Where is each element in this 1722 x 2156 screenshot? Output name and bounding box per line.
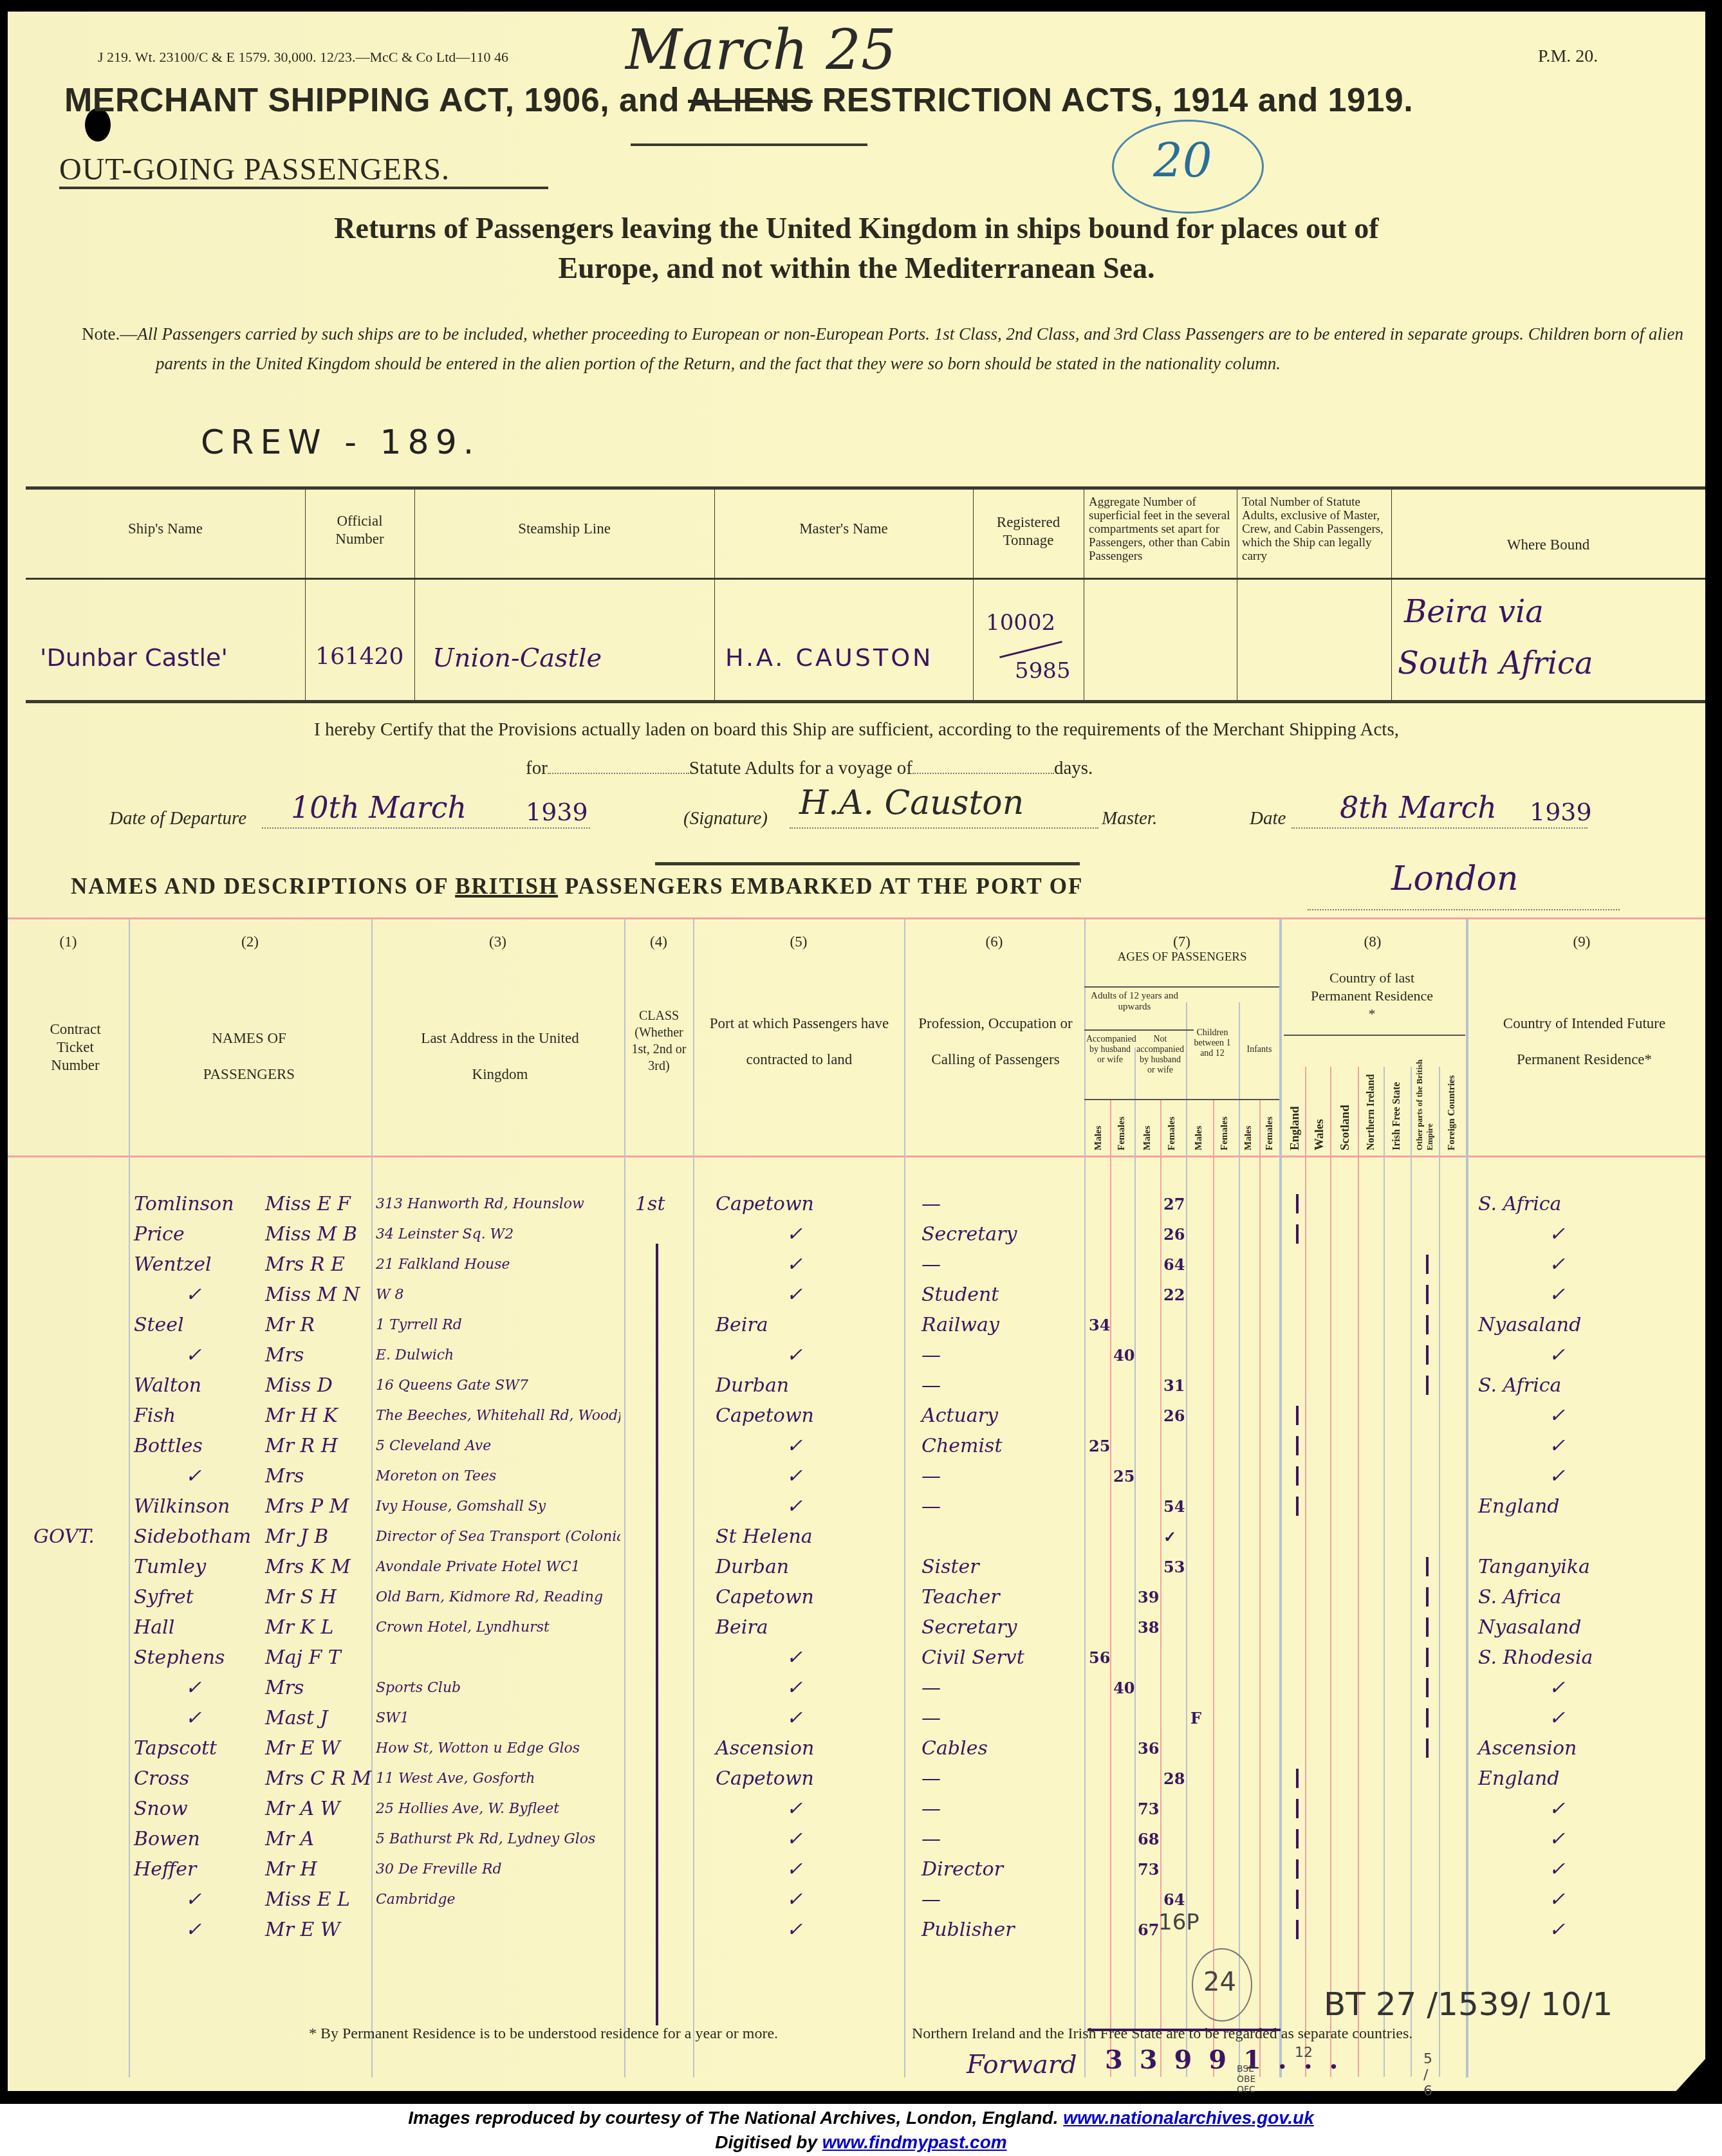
table-row: FishMr H KThe Beeches, Whitehall Rd, Woo… (8, 1401, 1705, 1431)
port-value: London (1391, 860, 1518, 898)
departure-dotted-line (262, 827, 590, 829)
header-master-name: Master's Name (714, 520, 973, 538)
table-row: TapscottMr E WHow St, Wotton u Edge Glos… (8, 1733, 1705, 1764)
address-cell: 25 Hollies Ave, W. Byfleet (376, 1794, 559, 1824)
age-cell: 64 (1163, 1249, 1185, 1280)
occupation-cell: — (921, 1491, 941, 1522)
act-title: MERCHANT SHIPPING ACT, 1906, and ALIENS … (64, 81, 1413, 120)
ship-name-value: 'Dunbar Castle' (40, 643, 228, 672)
table-row: WaltonMiss D16 Queens Gate SW7Durban—S. … (8, 1370, 1705, 1401)
port-cell: Capetown (716, 1582, 814, 1612)
age-cell: 25 (1113, 1461, 1134, 1491)
findmypast-link[interactable]: www.findmypast.com (822, 2132, 1007, 2152)
col2-number: (2) (129, 933, 371, 951)
occupation-cell: — (921, 1884, 941, 1915)
national-archives-link[interactable]: www.nationalarchives.gov.uk (1063, 2108, 1314, 2128)
occupation-cell: — (921, 1824, 941, 1854)
occupation-cell: Railway (921, 1310, 999, 1340)
col4-header: CLASS (Whether 1st, 2nd or 3rd) (625, 1008, 692, 1074)
col1-header: Contract Ticket Number (40, 1020, 111, 1074)
surname-cell: ✓ (185, 1884, 201, 1915)
title-initials-cell: Mrs (265, 1340, 304, 1370)
print-code: J 219. Wt. 23100/C & E 1579. 30,000. 12/… (98, 49, 508, 66)
occupation-cell: — (921, 1461, 941, 1491)
section-separator (655, 862, 1080, 865)
address-cell: Ivy House, Gomshall Sy (376, 1491, 546, 1522)
age-cell: F (1190, 1703, 1201, 1733)
col7-infants-header: Infants (1239, 1041, 1279, 1059)
signature-label: (Signature) (683, 808, 768, 829)
port-cell: ✓ (786, 1219, 802, 1249)
title-initials-cell: Miss E F (265, 1189, 351, 1219)
section-title-before: NAMES AND DESCRIPTIONS OF (71, 874, 455, 899)
age-cell: 26 (1163, 1401, 1185, 1431)
col7-number: (7) (1084, 933, 1279, 951)
statute-adults-label: Statute Adults for a voyage of (689, 758, 912, 779)
header-official-number: Official Number (311, 512, 408, 548)
country-tally-mark (1426, 1617, 1429, 1637)
address-cell: The Beeches, Whitehall Rd, Woodford Well… (376, 1401, 620, 1431)
col3-number: (3) (371, 933, 624, 951)
certificate-date-value: 8th March (1340, 790, 1497, 825)
grid-top-red (8, 917, 1705, 919)
surname-cell: Tomlinson (134, 1189, 234, 1219)
address-cell: Moreton on Tees (376, 1461, 496, 1491)
occupation-cell: Chemist (921, 1431, 1003, 1461)
age-sub-header: Males (1243, 1105, 1254, 1150)
address-cell: 21 Falkland House (376, 1249, 510, 1280)
col6-number: (6) (904, 933, 1084, 951)
surname-cell: Hall (134, 1612, 174, 1643)
surname-cell: Tumley (134, 1552, 206, 1582)
future-residence-cell: ✓ (1549, 1884, 1565, 1915)
table-row: ✓MrsE. Dulwich✓—✓40 (8, 1340, 1705, 1370)
col7-accompanied-header: Accompanied by husband or wife (1086, 1035, 1134, 1065)
country-tally-mark (1296, 1224, 1299, 1244)
age-cell: 28 (1163, 1764, 1185, 1794)
archive-reference: BT 27 /1539/ 10/1 (1324, 1986, 1613, 2023)
header-statute-adults: Total Number of Statute Adults, exclusiv… (1242, 495, 1387, 563)
country-tally-mark (1296, 1769, 1299, 1788)
country-tally-mark (1296, 1406, 1299, 1425)
country-sub-header: Wales (1313, 1041, 1327, 1150)
title-initials-cell: Mr R H (265, 1431, 338, 1461)
country-tally-mark (1296, 1799, 1299, 1818)
age-sub-header: Females (1219, 1105, 1230, 1150)
voyage-days-field[interactable] (912, 773, 1054, 774)
class-ditto-line (656, 1244, 658, 2025)
header-registered-tonnage: Registered Tonnage (979, 513, 1077, 549)
ages-header-rule (1084, 986, 1279, 988)
title-initials-cell: Mrs (265, 1673, 304, 1703)
future-residence-cell: ✓ (1549, 1249, 1565, 1280)
surname-cell: Stephens (134, 1643, 225, 1673)
future-residence-cell: S. Africa (1478, 1582, 1561, 1612)
future-residence-cell: Nyasaland (1478, 1612, 1581, 1643)
table-row: ✓Mr E W✓Publisher✓67 (8, 1915, 1705, 1945)
surname-cell: Sidebotham (134, 1522, 251, 1552)
where-bound-line2: South Africa (1398, 645, 1593, 681)
crew-note: CREW - 189. (201, 423, 480, 462)
title-initials-cell: Mrs P M (265, 1491, 349, 1522)
age-cell: 26 (1163, 1219, 1185, 1249)
address-cell: 11 West Ave, Gosforth (376, 1764, 535, 1794)
future-residence-cell: England (1478, 1764, 1559, 1794)
credits-footer: Images reproduced by courtesy of The Nat… (0, 2104, 1722, 2156)
surname-cell: Tapscott (134, 1733, 217, 1764)
country-tally-mark (1426, 1557, 1429, 1576)
returns-heading-line1: Returns of Passengers leaving the United… (8, 211, 1705, 245)
port-dotted-line (1308, 909, 1620, 910)
surname-cell: Wentzel (134, 1249, 212, 1280)
country-tally-mark (1426, 1315, 1429, 1334)
age-sub-header: Males (1142, 1105, 1153, 1150)
age-cell: 27 (1163, 1189, 1185, 1219)
col7-adults-header: Adults of 12 years and upwards (1086, 991, 1183, 1013)
port-cell: ✓ (786, 1824, 802, 1854)
table-row: ✓Miss E LCambridge✓—✓64 (8, 1884, 1705, 1915)
address-cell: 30 De Freville Rd (376, 1854, 502, 1884)
col7-children-header: Children between 1 and 12 (1187, 1028, 1237, 1059)
future-residence-cell: ✓ (1549, 1401, 1565, 1431)
tonnage-divider (999, 641, 1062, 658)
occupation-cell: Cables (921, 1733, 988, 1764)
act-title-part2: RESTRICTION ACTS, 1914 and 1919. (813, 82, 1414, 119)
subtitle-underline (59, 187, 548, 189)
title-initials-cell: Mrs (265, 1461, 304, 1491)
where-bound-line1: Beira via (1404, 594, 1544, 630)
surname-cell: Cross (134, 1764, 189, 1794)
country-sub-header: Northern Ireland (1366, 1041, 1377, 1150)
ship-col-divider (1237, 490, 1237, 700)
country-tally-mark (1426, 1738, 1429, 1758)
certificate-line2: forStatute Adults for a voyage ofdays. (526, 758, 1093, 779)
occupation-cell: Director (921, 1854, 1003, 1884)
future-residence-cell: ✓ (1549, 1703, 1565, 1733)
table-row: CrossMrs C R M11 West Ave, GosforthCapet… (8, 1764, 1705, 1794)
age-cell: 40 (1113, 1340, 1134, 1370)
age-cell: 39 (1138, 1582, 1159, 1612)
ship-table-bottom-rule (26, 700, 1705, 703)
title-initials-cell: Mast J (265, 1703, 328, 1733)
age-cell: 25 (1089, 1431, 1110, 1461)
future-residence-cell: ✓ (1549, 1461, 1565, 1491)
pencil-12: 12 (1295, 2045, 1313, 2061)
title-initials-cell: Mr K L (265, 1612, 333, 1643)
occupation-cell: Civil Servt (921, 1643, 1024, 1673)
address-cell: How St, Wotton u Edge Glos (376, 1733, 580, 1764)
occupation-cell: Sister (921, 1552, 979, 1582)
table-row: ✓MrsSports Club✓—✓40 (8, 1673, 1705, 1703)
col8-number: (8) (1279, 933, 1466, 951)
surname-cell: Walton (134, 1370, 201, 1401)
header-where-bound: Where Bound (1391, 536, 1705, 554)
table-row: BottlesMr R H5 Cleveland Ave✓Chemist✓25 (8, 1431, 1705, 1461)
country-sub-header: England (1288, 1041, 1302, 1150)
title-initials-cell: Mr A W (265, 1794, 340, 1824)
table-row: PriceMiss M B34 Leinster Sq. W2✓Secretar… (8, 1219, 1705, 1249)
departure-label: Date of Departure (109, 808, 246, 829)
credit-text: Images reproduced by courtesy of The Nat… (408, 2108, 1058, 2128)
title-initials-cell: Mr E W (265, 1733, 340, 1764)
country-tally-mark (1426, 1648, 1429, 1667)
country-tally-mark (1426, 1285, 1429, 1304)
country-tally-mark (1426, 1376, 1429, 1395)
for-label: for (526, 758, 548, 779)
port-cell: Capetown (716, 1189, 814, 1219)
ship-col-divider (1084, 490, 1084, 700)
address-cell: 5 Bathurst Pk Rd, Lydney Glos (376, 1824, 595, 1854)
future-residence-cell: S. Rhodesia (1478, 1643, 1593, 1673)
port-cell: ✓ (786, 1280, 802, 1310)
port-cell: ✓ (786, 1643, 802, 1673)
age-cell: 73 (1138, 1794, 1159, 1824)
port-cell: ✓ (786, 1461, 802, 1491)
note-paragraph: Note.—All Passengers carried by such shi… (82, 319, 1722, 378)
col5-number: (5) (693, 933, 904, 951)
table-row: TomlinsonMiss E F313 Hanworth Rd, Hounsl… (8, 1189, 1705, 1219)
future-residence-cell: Ascension (1478, 1733, 1577, 1764)
surname-cell: ✓ (185, 1703, 201, 1733)
table-row: TumleyMrs K MAvondale Private Hotel WC1D… (8, 1552, 1705, 1582)
port-cell: Beira (716, 1310, 768, 1340)
future-residence-cell: ✓ (1549, 1824, 1565, 1854)
surname-cell: ✓ (185, 1340, 201, 1370)
class-cell: 1st (635, 1189, 665, 1219)
table-row: SteelMr R1 Tyrrell RdBeiraRailwayNyasala… (8, 1310, 1705, 1340)
surname-cell: Fish (134, 1401, 176, 1431)
port-cell: ✓ (786, 1249, 802, 1280)
port-cell: Capetown (716, 1764, 814, 1794)
port-cell: Durban (716, 1552, 789, 1582)
title-initials-cell: Mr S H (265, 1582, 337, 1612)
header-ship-name: Ship's Name (26, 520, 305, 538)
title-initials-cell: Mr H K (265, 1401, 338, 1431)
age-cell: ✓ (1163, 1522, 1176, 1552)
surname-cell: Bowen (134, 1824, 200, 1854)
future-residence-cell: ✓ (1549, 1280, 1565, 1310)
col7-header: AGES OF PASSENGERS (1095, 951, 1269, 964)
port-cell: ✓ (786, 1491, 802, 1522)
folded-corner (1674, 2058, 1707, 2093)
age-sub-header: Females (1264, 1105, 1275, 1150)
occupation-cell: Student (921, 1280, 999, 1310)
footnote-ireland: Northern Ireland and the Irish Free Stat… (912, 2025, 1412, 2043)
address-cell: E. Dulwich (376, 1340, 454, 1370)
table-row: ✓MrsMoreton on Tees✓—✓25 (8, 1461, 1705, 1491)
future-residence-cell: S. Africa (1478, 1189, 1561, 1219)
age-cell: 34 (1089, 1310, 1110, 1340)
address-cell: Old Barn, Kidmore Rd, Reading (376, 1582, 603, 1612)
ages-sub-rule (1084, 1099, 1279, 1100)
future-residence-cell: S. Africa (1478, 1370, 1561, 1401)
col8-header: Country of last Permanent Residence * (1308, 969, 1436, 1023)
section-title: NAMES AND DESCRIPTIONS OF BRITISH PASSEN… (71, 874, 1083, 899)
future-residence-cell: ✓ (1549, 1431, 1565, 1461)
age-cell: 31 (1163, 1370, 1185, 1401)
age-cell: 36 (1138, 1733, 1159, 1764)
port-cell: Durban (716, 1370, 789, 1401)
future-residence-cell: Tanganyika (1478, 1552, 1590, 1582)
port-cell: ✓ (786, 1794, 802, 1824)
age-cell: 54 (1163, 1491, 1185, 1522)
departure-date-value: 10th March (291, 790, 467, 825)
country-sub-header: Other parts of the British Empire (1414, 1041, 1436, 1150)
port-cell: ✓ (786, 1340, 802, 1370)
contract-ticket-cell: GOVT. (33, 1522, 95, 1552)
occupation-cell: — (921, 1370, 941, 1401)
header-steamship-line: Steamship Line (414, 520, 714, 538)
country-header-rule (1284, 1035, 1465, 1036)
table-row: SnowMr A W25 Hollies Ave, W. Byfleet✓—✓7… (8, 1794, 1705, 1824)
date-dotted-line (1291, 827, 1588, 829)
table-row: GOVT.SidebothamMr J BDirector of Sea Tra… (8, 1522, 1705, 1552)
footnote-permanent-residence: * By Permanent Residence is to be unders… (309, 2025, 778, 2043)
form-number: P.M. 20. (1538, 46, 1598, 67)
future-residence-cell: ✓ (1549, 1915, 1565, 1945)
country-tally-mark (1296, 1920, 1299, 1939)
title-initials-cell: Mrs K M (265, 1552, 351, 1582)
country-tally-mark (1296, 1466, 1299, 1486)
pencil-16p: 16P (1158, 1910, 1199, 1935)
date-label: Date (1250, 808, 1286, 829)
age-cell: 40 (1113, 1673, 1134, 1703)
surname-cell: ✓ (185, 1673, 201, 1703)
surname-cell: ✓ (185, 1461, 201, 1491)
future-residence-cell: ✓ (1549, 1340, 1565, 1370)
ship-col-divider (305, 490, 306, 700)
occupation-cell: Teacher (921, 1582, 1000, 1612)
title-underline (631, 143, 867, 146)
future-residence-cell: Nyasaland (1478, 1310, 1581, 1340)
port-cell: St Helena (716, 1522, 813, 1552)
country-tally-mark (1426, 1708, 1429, 1728)
pencil-5-6: 5 / 6 (1423, 2051, 1436, 2099)
future-residence-cell: ✓ (1549, 1854, 1565, 1884)
col3-header: Last Address in the United Kingdom (394, 1020, 606, 1092)
country-sub-header: Foreign Countries (1447, 1041, 1458, 1150)
title-initials-cell: Mr E W (265, 1915, 340, 1945)
occupation-cell: Secretary (921, 1612, 1017, 1643)
country-tally-mark (1296, 1436, 1299, 1455)
master-signature: H.A. Causton (799, 784, 1024, 822)
surname-cell: Steel (134, 1310, 184, 1340)
outgoing-passengers-title: OUT-GOING PASSENGERS. (59, 152, 450, 187)
col1-number: (1) (8, 933, 129, 951)
port-cell: ✓ (786, 1915, 802, 1945)
title-initials-cell: Mrs C R M (265, 1764, 371, 1794)
ship-col-divider (1391, 490, 1392, 700)
note-label: Note.— (82, 324, 137, 344)
title-initials-cell: Mr R (265, 1310, 315, 1340)
title-initials-cell: Miss E L (265, 1884, 350, 1915)
port-cell: ✓ (786, 1431, 802, 1461)
act-title-part1: MERCHANT SHIPPING ACT, 1906, and (64, 82, 688, 119)
country-sub-header: Scotland (1338, 1041, 1353, 1150)
age-cell: 38 (1138, 1612, 1159, 1643)
address-cell: 5 Cleveland Ave (376, 1431, 491, 1461)
col2-header: NAMES OF PASSENGERS (194, 1020, 304, 1092)
address-cell: 313 Hanworth Rd, Hounslow (376, 1189, 584, 1219)
port-cell: ✓ (786, 1703, 802, 1733)
surname-cell: ✓ (185, 1280, 201, 1310)
digitised-line: Digitised by www.findmypast.com (0, 2132, 1722, 2153)
handwritten-date: March 25 (625, 18, 896, 82)
address-cell: Sports Club (376, 1673, 461, 1703)
address-cell: Cambridge (376, 1884, 456, 1915)
port-cell: Capetown (716, 1401, 814, 1431)
occupation-cell: — (921, 1340, 941, 1370)
master-label: Master. (1102, 808, 1157, 829)
col9-header: Country of Intended Future Permanent Res… (1481, 1006, 1687, 1078)
col5-header: Port at which Passengers have contracted… (706, 1006, 893, 1078)
title-initials-cell: Mrs R E (265, 1249, 345, 1280)
occupation-cell: Actuary (921, 1401, 998, 1431)
address-cell: 34 Leinster Sq. W2 (376, 1219, 514, 1249)
occupation-cell: — (921, 1189, 941, 1219)
certificate-year-value: 1939 (1530, 798, 1592, 826)
port-cell: Beira (716, 1612, 768, 1643)
port-cell: Ascension (716, 1733, 814, 1764)
ship-table-mid-rule (26, 578, 1705, 580)
country-tally-mark (1296, 1497, 1299, 1516)
country-tally-mark (1296, 1829, 1299, 1848)
surname-cell: Syfret (134, 1582, 194, 1612)
age-sub-header: Females (1116, 1105, 1127, 1150)
address-cell: 16 Queens Gate SW7 (376, 1370, 528, 1401)
grid-header-bottom-red (8, 1156, 1705, 1157)
age-sub-header: Females (1167, 1105, 1178, 1150)
surname-cell: ✓ (185, 1915, 201, 1945)
pencil-bse-obe-ofc: BSE OBE OFC (1237, 2064, 1263, 2095)
document-page: J 219. Wt. 23100/C & E 1579. 30,000. 12/… (8, 12, 1705, 2091)
title-initials-cell: Mr A (265, 1824, 314, 1854)
table-row: BowenMr A5 Bathurst Pk Rd, Lydney Glos✓—… (8, 1824, 1705, 1854)
section-title-british: BRITISH (455, 874, 558, 899)
country-tally-mark (1296, 1890, 1299, 1909)
ship-table-top-rule (26, 486, 1705, 490)
occupation-cell: — (921, 1249, 941, 1280)
age-cell: 53 (1163, 1552, 1185, 1582)
title-initials-cell: Maj F T (265, 1643, 341, 1673)
address-cell: Director of Sea Transport (Colonial Offi… (376, 1522, 620, 1552)
act-title-struck: ALIENS (688, 82, 813, 119)
future-residence-cell: ✓ (1549, 1794, 1565, 1824)
port-cell: ✓ (786, 1673, 802, 1703)
section-title-after: PASSENGERS EMBARKED AT THE PORT OF (558, 874, 1083, 899)
age-cell: 56 (1089, 1643, 1110, 1673)
table-row: ✓Mast JSW1✓—✓F (8, 1703, 1705, 1733)
age-cell: 22 (1163, 1280, 1185, 1310)
occupation-cell: — (921, 1703, 941, 1733)
age-cell: 67 (1138, 1915, 1159, 1945)
circled-number: 20 (1153, 134, 1212, 188)
country-tally-mark (1296, 1859, 1299, 1879)
col4-number: (4) (624, 933, 693, 951)
title-initials-cell: Miss M B (265, 1219, 357, 1249)
tonnage-gross-value: 10002 (986, 610, 1055, 636)
port-cell: ✓ (786, 1854, 802, 1884)
surname-cell: Wilkinson (134, 1491, 230, 1522)
col6-header: Profession, Occupation or Calling of Pas… (915, 1006, 1076, 1078)
note-text: All Passengers carried by such ships are… (137, 324, 1683, 373)
days-label: days. (1054, 758, 1093, 779)
table-row: StephensMaj F T✓Civil ServtS. Rhodesia56 (8, 1643, 1705, 1673)
certificate-line1: I hereby Certify that the Provisions act… (8, 719, 1705, 741)
statute-adults-field[interactable] (548, 773, 689, 774)
digitised-text: Digitised by (715, 2132, 817, 2152)
surname-cell: Snow (134, 1794, 188, 1824)
